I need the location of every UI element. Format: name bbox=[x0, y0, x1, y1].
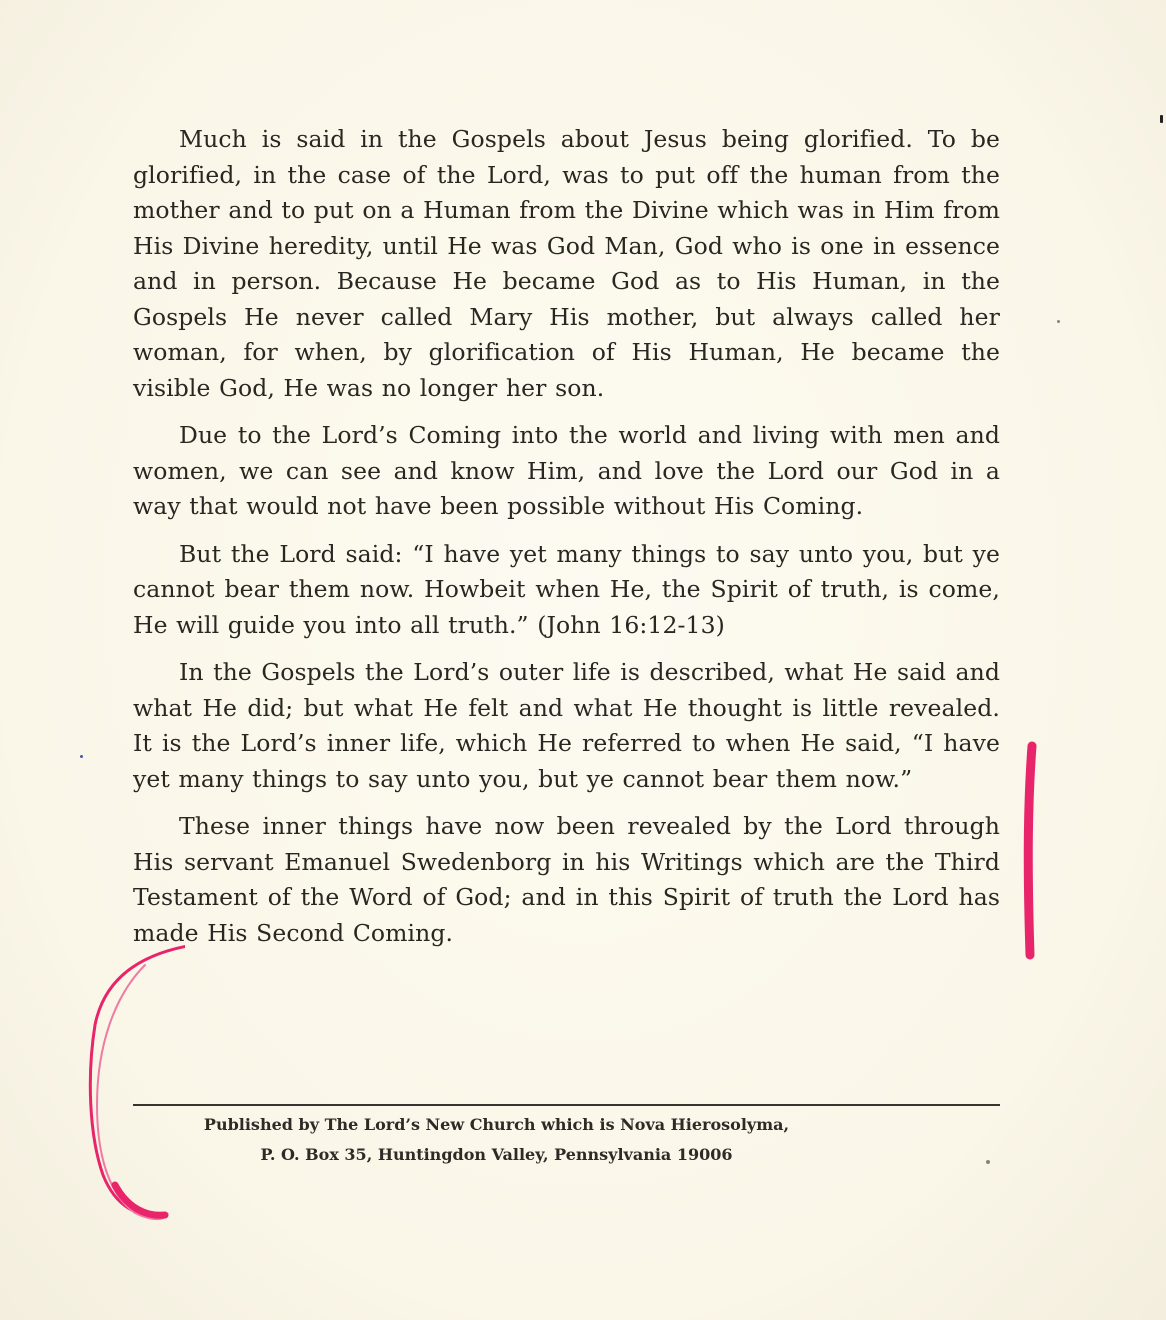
publisher-footer: Published by The Lord’s New Church which… bbox=[133, 1110, 1000, 1170]
paper-speck bbox=[986, 1160, 990, 1164]
paragraph-glorification: Much is said in the Gospels about Jesus … bbox=[133, 122, 1000, 406]
paragraph-john-quote: But the Lord said: “I have yet many thin… bbox=[133, 537, 1000, 644]
paragraph-lords-coming: Due to the Lord’s Coming into the world … bbox=[133, 418, 1000, 525]
paper-speck bbox=[1057, 320, 1060, 323]
footer-divider bbox=[133, 1104, 1000, 1106]
paper-speck bbox=[1160, 115, 1163, 123]
paragraph-inner-things: These inner things have now been reveale… bbox=[133, 809, 1000, 951]
address-line: P. O. Box 35, Huntingdon Valley, Pennsyl… bbox=[0, 1140, 1000, 1170]
paragraph-outer-life: In the Gospels the Lord’s outer life is … bbox=[133, 655, 1000, 797]
body-text: Much is said in the Gospels about Jesus … bbox=[133, 122, 1000, 963]
paper-speck bbox=[80, 755, 83, 758]
publisher-line: Published by The Lord’s New Church which… bbox=[0, 1110, 1000, 1140]
